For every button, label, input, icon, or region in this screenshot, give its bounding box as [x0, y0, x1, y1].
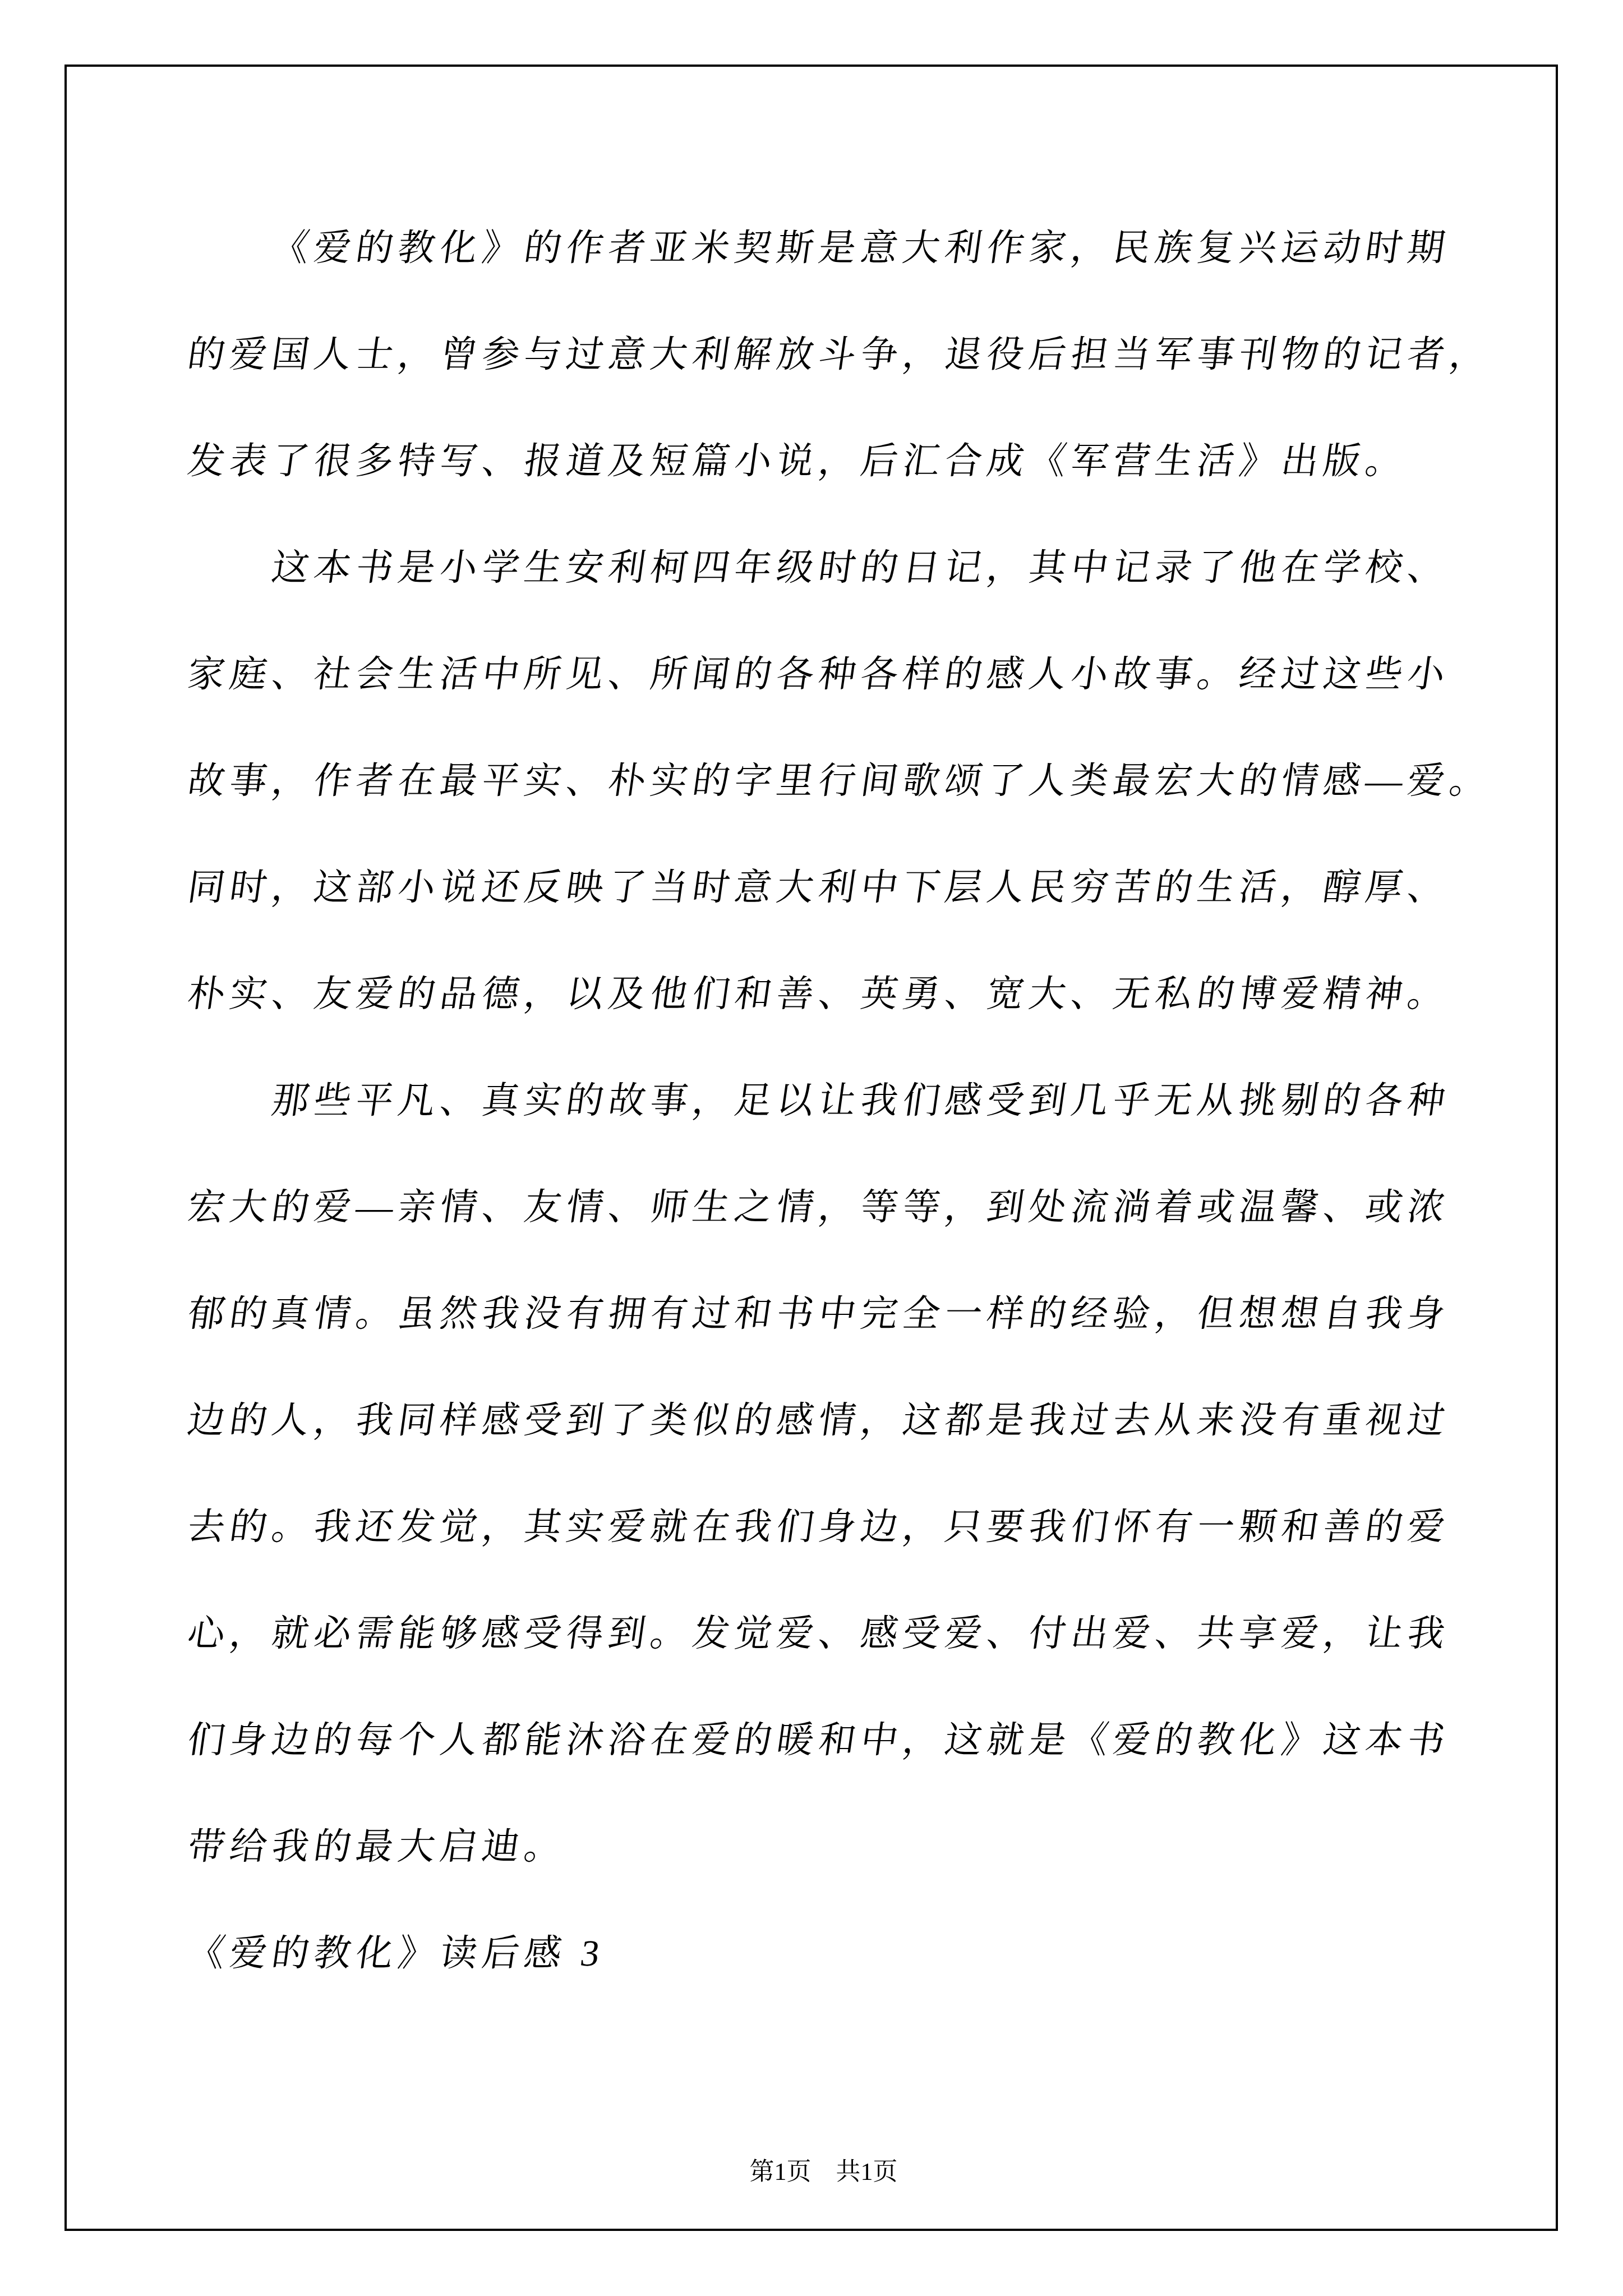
text-line: 同时，这部小说还反映了当时意大利中下层人民穷苦的生活，醇厚、: [181, 835, 1455, 941]
paragraph: 《爱的教化》的作者亚米契斯是意大利作家，民族复兴运动时期的爱国人士，曾参与过意大…: [188, 195, 1447, 515]
text-line: 发表了很多特写、报道及短篇小说，后汇合成《军营生活》出版。: [181, 408, 1455, 515]
text-line: 心，就必需能够感受得到。发觉爱、感受爱、付出爱、共享爱，让我: [181, 1581, 1455, 1687]
document-text: 《爱的教化》的作者亚米契斯是意大利作家，民族复兴运动时期的爱国人士，曾参与过意大…: [188, 195, 1447, 2007]
text-line: 郁的真情。虽然我没有拥有过和书中完全一样的经验，但想想自我身: [181, 1261, 1455, 1368]
text-line: 们身边的每个人都能沐浴在爱的暖和中，这就是《爱的教化》这本书: [181, 1687, 1455, 1794]
text-line: 那些平凡、真实的故事，足以让我们感受到几乎无从挑剔的各种: [181, 1048, 1455, 1154]
text-line: 带给我的最大启迪。: [181, 1794, 1455, 1901]
text-line: 朴实、友爱的品德，以及他们和善、英勇、宽大、无私的博爱精神。: [181, 941, 1455, 1048]
text-line: 去的。我还发觉，其实爱就在我们身边，只要我们怀有一颗和善的爱: [181, 1474, 1455, 1581]
paragraph: 《爱的教化》读后感 3: [188, 1901, 1447, 2007]
page-footer: 第1页 共1页: [64, 2122, 1558, 2223]
text-line: 《爱的教化》读后感 3: [181, 1901, 1455, 2007]
text-line: 《爱的教化》的作者亚米契斯是意大利作家，民族复兴运动时期: [181, 195, 1455, 302]
text-line: 家庭、社会生活中所见、所闻的各种各样的感人小故事。经过这些小: [181, 622, 1455, 728]
text-line: 故事，作者在最平实、朴实的字里行间歌颂了人类最宏大的情感—爱。: [181, 728, 1455, 835]
text-line: 宏大的爱—亲情、友情、师生之情，等等，到处流淌着或温馨、或浓: [181, 1154, 1455, 1261]
text-line: 的爱国人士，曾参与过意大利解放斗争，退役后担当军事刊物的记者，: [181, 302, 1455, 408]
paragraph: 这本书是小学生安利柯四年级时的日记，其中记录了他在学校、家庭、社会生活中所见、所…: [188, 515, 1447, 1048]
document-page: 《爱的教化》的作者亚米契斯是意大利作家，民族复兴运动时期的爱国人士，曾参与过意大…: [0, 0, 1623, 2296]
text-line: 这本书是小学生安利柯四年级时的日记，其中记录了他在学校、: [181, 515, 1455, 622]
page-number: 第1页 共1页: [750, 2158, 898, 2185]
text-line: 边的人，我同样感受到了类似的感情，这都是我过去从来没有重视过: [181, 1368, 1455, 1474]
paragraph: 那些平凡、真实的故事，足以让我们感受到几乎无从挑剔的各种宏大的爱—亲情、友情、师…: [188, 1048, 1447, 1901]
